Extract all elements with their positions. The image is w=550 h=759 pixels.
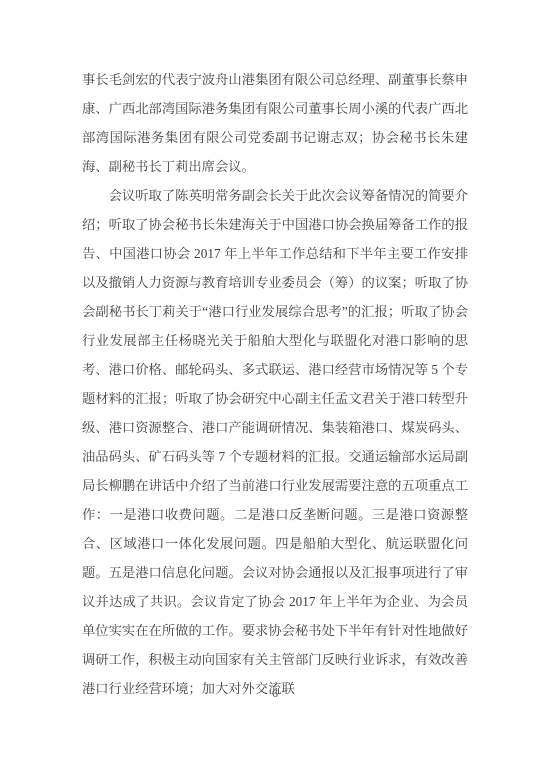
page-number: 6 [0, 685, 550, 701]
body-paragraph-main: 会议听取了陈英明常务副会长关于此次会议筹备情况的简要介绍；听取了协会秘书长朱建海… [82, 181, 468, 703]
text-block: 事长毛剑宏的代表宁波舟山港集团有限公司总经理、副董事长蔡申康、广西北部湾国际港务… [82, 65, 468, 703]
document-page: 事长毛剑宏的代表宁波舟山港集团有限公司总经理、副董事长蔡申康、广西北部湾国际港务… [0, 0, 550, 759]
body-paragraph-continuation: 事长毛剑宏的代表宁波舟山港集团有限公司总经理、副董事长蔡申康、广西北部湾国际港务… [82, 65, 468, 181]
